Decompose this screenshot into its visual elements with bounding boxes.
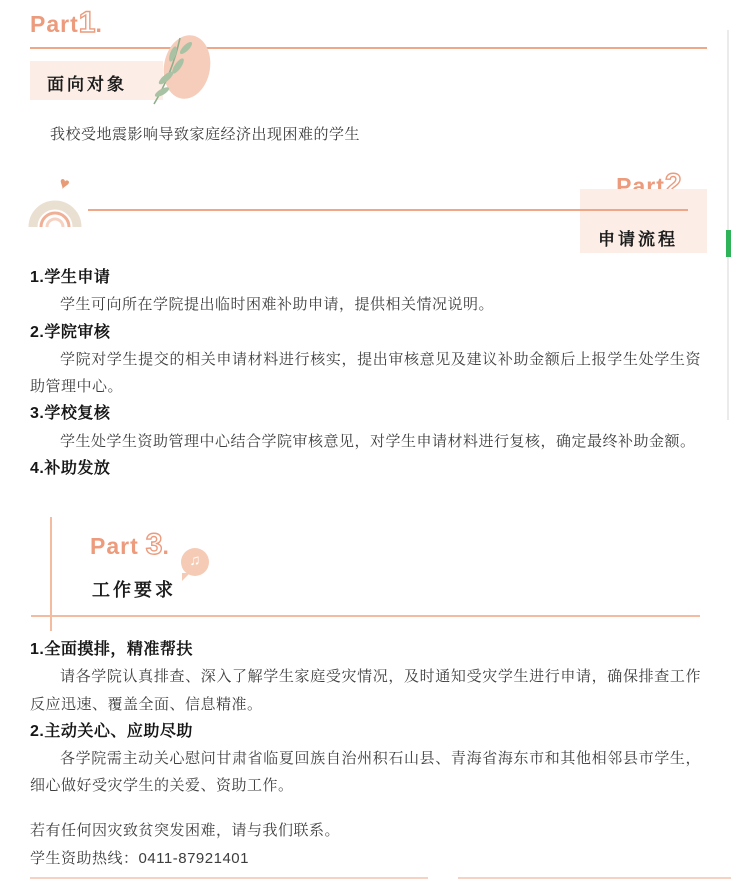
part3-number: 3	[146, 528, 163, 561]
step-heading: 4.补助发放	[30, 455, 701, 482]
part1-divider-line	[30, 47, 707, 49]
req-heading: 2.主动关心、应助尽助	[30, 718, 701, 745]
part3-word: Part	[90, 533, 139, 559]
part2-title-box: 申请流程	[580, 189, 707, 253]
part1-body-text: 我校受地震影响导致家庭经济出现困难的学生	[50, 123, 360, 144]
work-requirements: 1.全面摸排，精准帮扶 请各学院认真排查、深入了解学生家庭受灾情况，及时通知受灾…	[30, 636, 701, 800]
music-note-bubble-icon: ♫	[181, 548, 209, 576]
step-body: 学生处学生资助管理中心结合学院审核意见，对学生申请材料进行复核，确定最终补助金额…	[30, 428, 701, 455]
contact-note: 若有任何因灾致贫突发困难，请与我们联系。	[30, 817, 340, 845]
scrollbar-thumb[interactable]	[726, 230, 731, 257]
step-heading: 1.学生申请	[30, 264, 701, 291]
req-body: 请各学院认真排查、深入了解学生家庭受灾情况，及时通知受灾学生进行申请，确保排查工…	[30, 663, 701, 718]
footer-notes: 若有任何因灾致贫突发困难，请与我们联系。 学生资助热线：0411-8792140…	[30, 817, 340, 872]
part3-divider-line	[31, 615, 700, 617]
part1-label: Part1.	[30, 6, 102, 40]
part2-section-title: 申请流程	[598, 225, 678, 250]
step-body: 学院对学生提交的相关申请材料进行核实，提出审核意见及建议补助金额后上报学生处学生…	[30, 346, 701, 401]
rainbow-icon	[26, 186, 84, 233]
part3-dot: .	[162, 533, 168, 559]
part1-dot: .	[95, 11, 101, 37]
part3-vertical-line	[50, 517, 52, 631]
part1-section-title: 面向对象	[47, 70, 127, 95]
application-steps: 1.学生申请 学生可向所在学院提出临时困难补助申请，提供相关情况说明。 2.学院…	[30, 264, 701, 482]
footer-decorative-line-right	[458, 877, 731, 879]
req-body: 各学院需主动关心慰问甘肃省临夏回族自治州积石山县、青海省海东市和其他相邻县市学生…	[30, 745, 701, 800]
music-note-icon: ♫	[181, 552, 209, 569]
footer-decorative-line-left	[30, 877, 428, 879]
req-heading: 1.全面摸排，精准帮扶	[30, 636, 701, 663]
part3-section-title: 工作要求	[92, 576, 176, 602]
step-heading: 3.学校复核	[30, 400, 701, 427]
step-heading: 2.学院审核	[30, 319, 701, 346]
scrollbar-track[interactable]	[727, 30, 729, 420]
step-body: 学生可向所在学院提出临时困难补助申请，提供相关情况说明。	[30, 291, 701, 318]
leaf-branch-icon	[140, 26, 214, 115]
article-page: Part1. 面向对象 我校受地震影响导致家庭经济出现困难的学生 ♥ 申请流程 …	[0, 0, 731, 884]
hotline-line: 学生资助热线：0411-87921401	[30, 845, 340, 873]
part1-number: 1	[79, 6, 96, 39]
part1-word: Part	[30, 11, 79, 37]
part2-divider-line	[88, 209, 688, 211]
part3-label: Part3.	[90, 528, 169, 562]
